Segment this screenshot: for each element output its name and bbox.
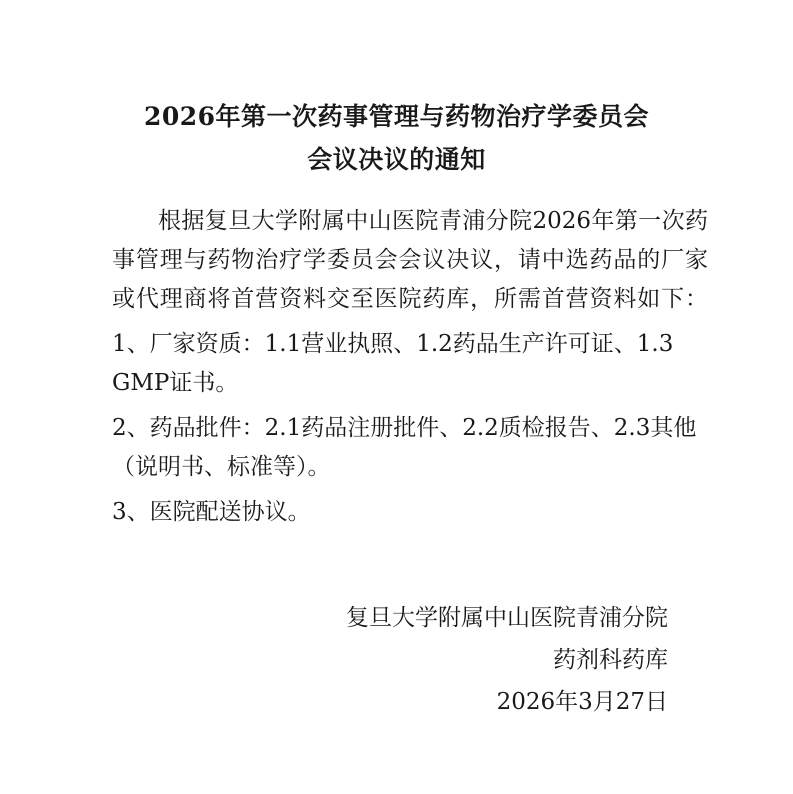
intro-paragraph-line-2: 事管理与药物治疗学委员会会议决议，请中选药品的厂家 <box>112 241 708 280</box>
signature-department: 药剂科药库 <box>0 639 668 681</box>
list-item-1: 1、厂家资质：1.1营业执照、1.2药品生产许可证、1.3 GMP证书。 <box>112 325 708 403</box>
notice-title-line-1: 2026年第一次药事管理与药物治疗学委员会 <box>0 95 793 138</box>
notice-title: 2026年第一次药事管理与药物治疗学委员会 会议决议的通知 <box>0 0 793 181</box>
signature-organization: 复旦大学附属中山医院青浦分院 <box>0 597 668 639</box>
list-item-2: 2、药品批件：2.1药品注册批件、2.2质检报告、2.3其他 （说明书、标准等）… <box>112 409 708 487</box>
signature-date: 2026年3月27日 <box>0 681 668 723</box>
intro-paragraph-line-1: 根据复旦大学附属中山医院青浦分院2026年第一次药 <box>112 202 708 241</box>
signature-block: 复旦大学附属中山医院青浦分院 药剂科药库 2026年3月27日 <box>0 597 793 723</box>
notice-body: 根据复旦大学附属中山医院青浦分院2026年第一次药 事管理与药物治疗学委员会会议… <box>112 202 708 532</box>
list-item-1-line-1: 1、厂家资质：1.1营业执照、1.2药品生产许可证、1.3 <box>112 325 708 364</box>
list-item-2-line-2: （说明书、标准等）。 <box>112 448 708 487</box>
list-item-3: 3、医院配送协议。 <box>112 493 708 532</box>
intro-paragraph: 根据复旦大学附属中山医院青浦分院2026年第一次药 事管理与药物治疗学委员会会议… <box>112 202 708 319</box>
intro-paragraph-line-3: 或代理商将首营资料交至医院药库，所需首营资料如下： <box>112 280 708 319</box>
notice-document-page: 2026年第一次药事管理与药物治疗学委员会 会议决议的通知 根据复旦大学附属中山… <box>0 0 793 794</box>
list-item-2-line-1: 2、药品批件：2.1药品注册批件、2.2质检报告、2.3其他 <box>112 409 708 448</box>
list-item-1-line-2: GMP证书。 <box>112 364 708 403</box>
notice-title-line-2: 会议决议的通知 <box>0 138 793 181</box>
list-item-3-line-1: 3、医院配送协议。 <box>112 493 708 532</box>
